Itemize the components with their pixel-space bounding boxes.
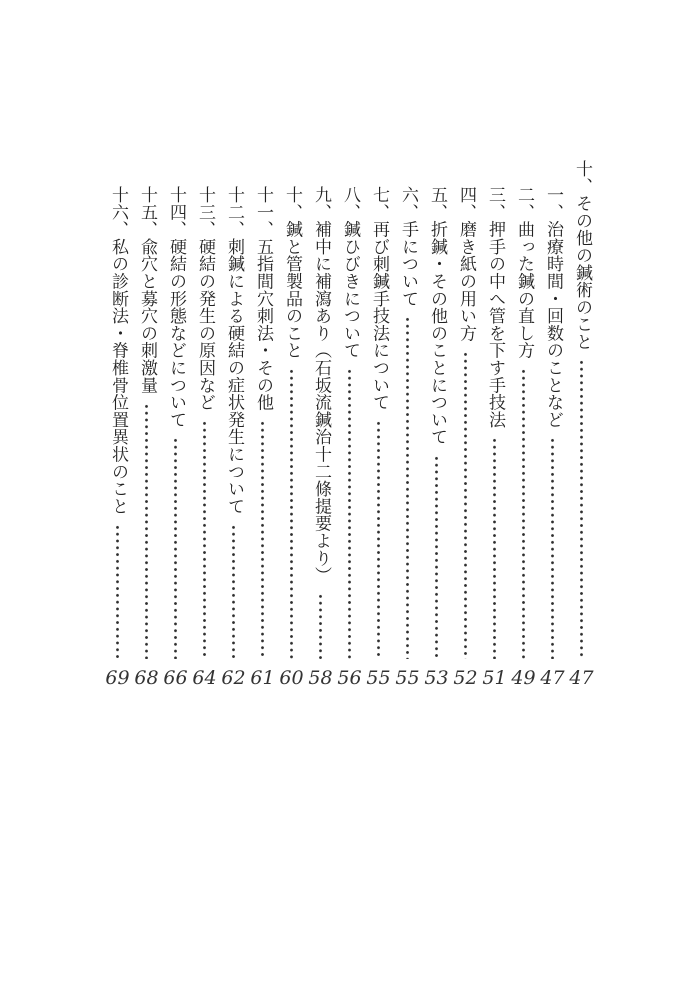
toc-entry-title: 七、再び刺鍼手技法について xyxy=(364,186,393,411)
dotted-leader xyxy=(538,437,567,659)
toc-entry-title: 八、鍼ひびきについて xyxy=(335,186,364,359)
toc-entry: 十四、硬結の形態などについて66 xyxy=(161,160,190,693)
dotted-leader xyxy=(161,437,190,659)
toc-entry-page-number: 47 xyxy=(538,666,567,693)
toc-entry: 八、鍼ひびきについて56 xyxy=(335,160,364,693)
dotted-leader xyxy=(393,316,422,659)
dotted-leader xyxy=(132,403,161,659)
toc-entry: 十五、兪穴と募穴の刺激量68 xyxy=(132,160,161,693)
toc-entry: 十一、五指間穴刺法・その他61 xyxy=(248,160,277,693)
toc-entry-title: 六、手について xyxy=(393,186,422,307)
toc-entry: 十三、硬結の発生の原因など64 xyxy=(190,160,219,693)
toc-entry: 一、治療時間・回数のことなど47 xyxy=(538,160,567,693)
toc-entry-page-number: 61 xyxy=(248,666,277,693)
toc-entry: 二、曲った鍼の直し方49 xyxy=(509,160,538,693)
toc-entry-page-number: 52 xyxy=(451,666,480,693)
table-of-contents: 十、その他の鍼術のこと47一、治療時間・回数のことなど47二、曲った鍼の直し方4… xyxy=(103,160,596,693)
dotted-leader xyxy=(422,455,451,660)
dotted-leader xyxy=(219,524,248,659)
dotted-leader xyxy=(190,420,219,659)
toc-entry-page-number: 51 xyxy=(480,666,509,693)
toc-entry-page-number: 62 xyxy=(219,666,248,693)
toc-entry-title: 三、押手の中へ管を下す手技法 xyxy=(480,186,509,428)
toc-entry-page-number: 68 xyxy=(132,666,161,693)
toc-entry-title: 十五、兪穴と募穴の刺激量 xyxy=(132,186,161,394)
toc-entry-title: 九、補中に補瀉あり（石坂流鍼治十二條提要より） xyxy=(306,186,335,584)
toc-entry-page-number: 64 xyxy=(190,666,219,693)
toc-entry: 十六、私の診断法・脊椎骨位置異状のこと69 xyxy=(103,160,132,693)
toc-entry: 四、磨き紙の用い方52 xyxy=(451,160,480,693)
toc-entry-title: 一、治療時間・回数のことなど xyxy=(538,186,567,428)
dotted-leader xyxy=(306,593,335,659)
toc-entry-title: 四、磨き紙の用い方 xyxy=(451,186,480,342)
toc-entry-page-number: 69 xyxy=(103,666,132,693)
toc-entry-title: 二、曲った鍼の直し方 xyxy=(509,186,538,359)
toc-entry-page-number: 55 xyxy=(364,666,393,693)
toc-entry-page-number: 56 xyxy=(335,666,364,693)
toc-entry-title: 十、鍼と管製品のこと xyxy=(277,186,306,359)
toc-entry: 七、再び刺鍼手技法について55 xyxy=(364,160,393,693)
book-page: 十、その他の鍼術のこと47一、治療時間・回数のことなど47二、曲った鍼の直し方4… xyxy=(0,0,681,1000)
toc-entry-page-number: 58 xyxy=(306,666,335,693)
toc-entry-title: 十二、刺鍼による硬結の症状発生について xyxy=(219,186,248,515)
toc-entry-page-number: 49 xyxy=(509,666,538,693)
toc-entry-page-number: 53 xyxy=(422,666,451,693)
toc-entry-page-number: 55 xyxy=(393,666,422,693)
dotted-leader xyxy=(335,368,364,659)
toc-entry-title: 十一、五指間穴刺法・その他 xyxy=(248,186,277,411)
toc-entry: 三、押手の中へ管を下す手技法51 xyxy=(480,160,509,693)
dotted-leader xyxy=(509,368,538,659)
toc-section-entry: 十、その他の鍼術のこと47 xyxy=(567,160,596,693)
toc-entry-title: 五、折鍼・その他のことについて xyxy=(422,186,451,446)
dotted-leader xyxy=(567,359,596,659)
toc-entry: 六、手について55 xyxy=(393,160,422,693)
toc-entry: 十二、刺鍼による硬結の症状発生について62 xyxy=(219,160,248,693)
dotted-leader xyxy=(248,420,277,659)
toc-entry: 十、鍼と管製品のこと60 xyxy=(277,160,306,693)
toc-entry: 五、折鍼・その他のことについて53 xyxy=(422,160,451,693)
dotted-leader xyxy=(277,368,306,659)
toc-entry-title: 十、その他の鍼術のこと xyxy=(567,160,596,350)
toc-entry-page-number: 60 xyxy=(277,666,306,693)
toc-entry-page-number: 66 xyxy=(161,666,190,693)
dotted-leader xyxy=(480,437,509,659)
dotted-leader xyxy=(103,524,132,659)
toc-entry-title: 十三、硬結の発生の原因など xyxy=(190,186,219,411)
dotted-leader xyxy=(364,420,393,659)
toc-entry-page-number: 47 xyxy=(567,666,596,693)
toc-entry: 九、補中に補瀉あり（石坂流鍼治十二條提要より）58 xyxy=(306,160,335,693)
dotted-leader xyxy=(451,351,480,659)
toc-entry-title: 十四、硬結の形態などについて xyxy=(161,186,190,428)
toc-entry-title: 十六、私の診断法・脊椎骨位置異状のこと xyxy=(103,186,132,515)
